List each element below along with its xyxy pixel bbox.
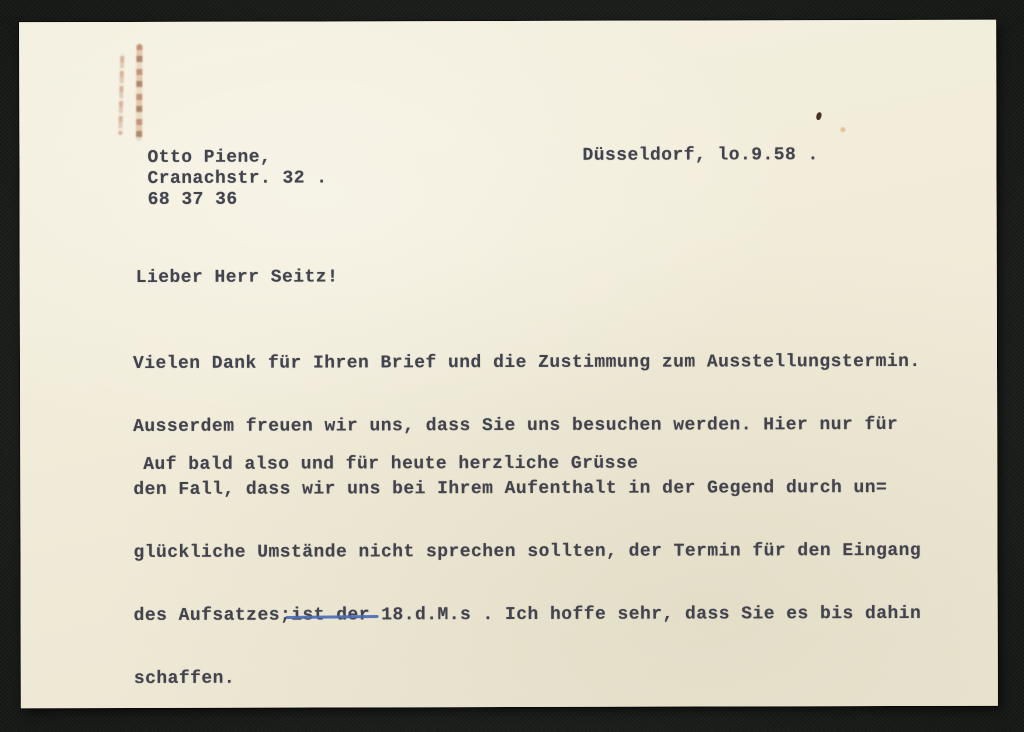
sender-phone: 68 37 36	[148, 190, 238, 211]
body-line-5: des Aufsatzes;ist der 18.d.M.s . Ich hof…	[134, 604, 922, 627]
ink-speck	[816, 112, 823, 121]
body-line-4: glückliche Umstände nicht sprechen sollt…	[133, 541, 921, 564]
letter-page: Otto Piene, Cranachstr. 32 . 68 37 36 Dü…	[19, 20, 998, 709]
rust-stain-left	[118, 53, 124, 135]
body-line-1: Vielen Dank für Ihren Brief und die Zust…	[133, 352, 921, 375]
body-line-2: Ausserdem freuen wir uns, dass Sie uns b…	[133, 415, 921, 438]
paper-stain-dot	[840, 127, 845, 132]
closing: Auf bald also und für heute herzliche Gr…	[143, 454, 638, 476]
sender-name: Otto Piene,	[147, 148, 271, 169]
body-line-3: den Fall, dass wir uns bei Ihrem Aufenth…	[133, 478, 921, 501]
rust-stain-right	[136, 44, 142, 141]
body-line-6: schaffen.	[134, 667, 922, 690]
body-line5-pre: des Aufsatzes;	[134, 606, 292, 626]
strikethrough-text: ist der	[291, 605, 370, 625]
dateline: Düsseldorf, lo.9.58 .	[582, 145, 818, 167]
body-paragraph: Vielen Dank für Ihren Brief und die Zust…	[133, 310, 922, 732]
sender-street: Cranachstr. 32 .	[147, 168, 327, 189]
scan-background: Otto Piene, Cranachstr. 32 . 68 37 36 Dü…	[0, 0, 1024, 732]
salutation: Lieber Herr Seitz!	[136, 267, 339, 289]
body-line5-post: 18.d.M.s . Ich hoffe sehr, dass Sie es b…	[370, 604, 921, 625]
